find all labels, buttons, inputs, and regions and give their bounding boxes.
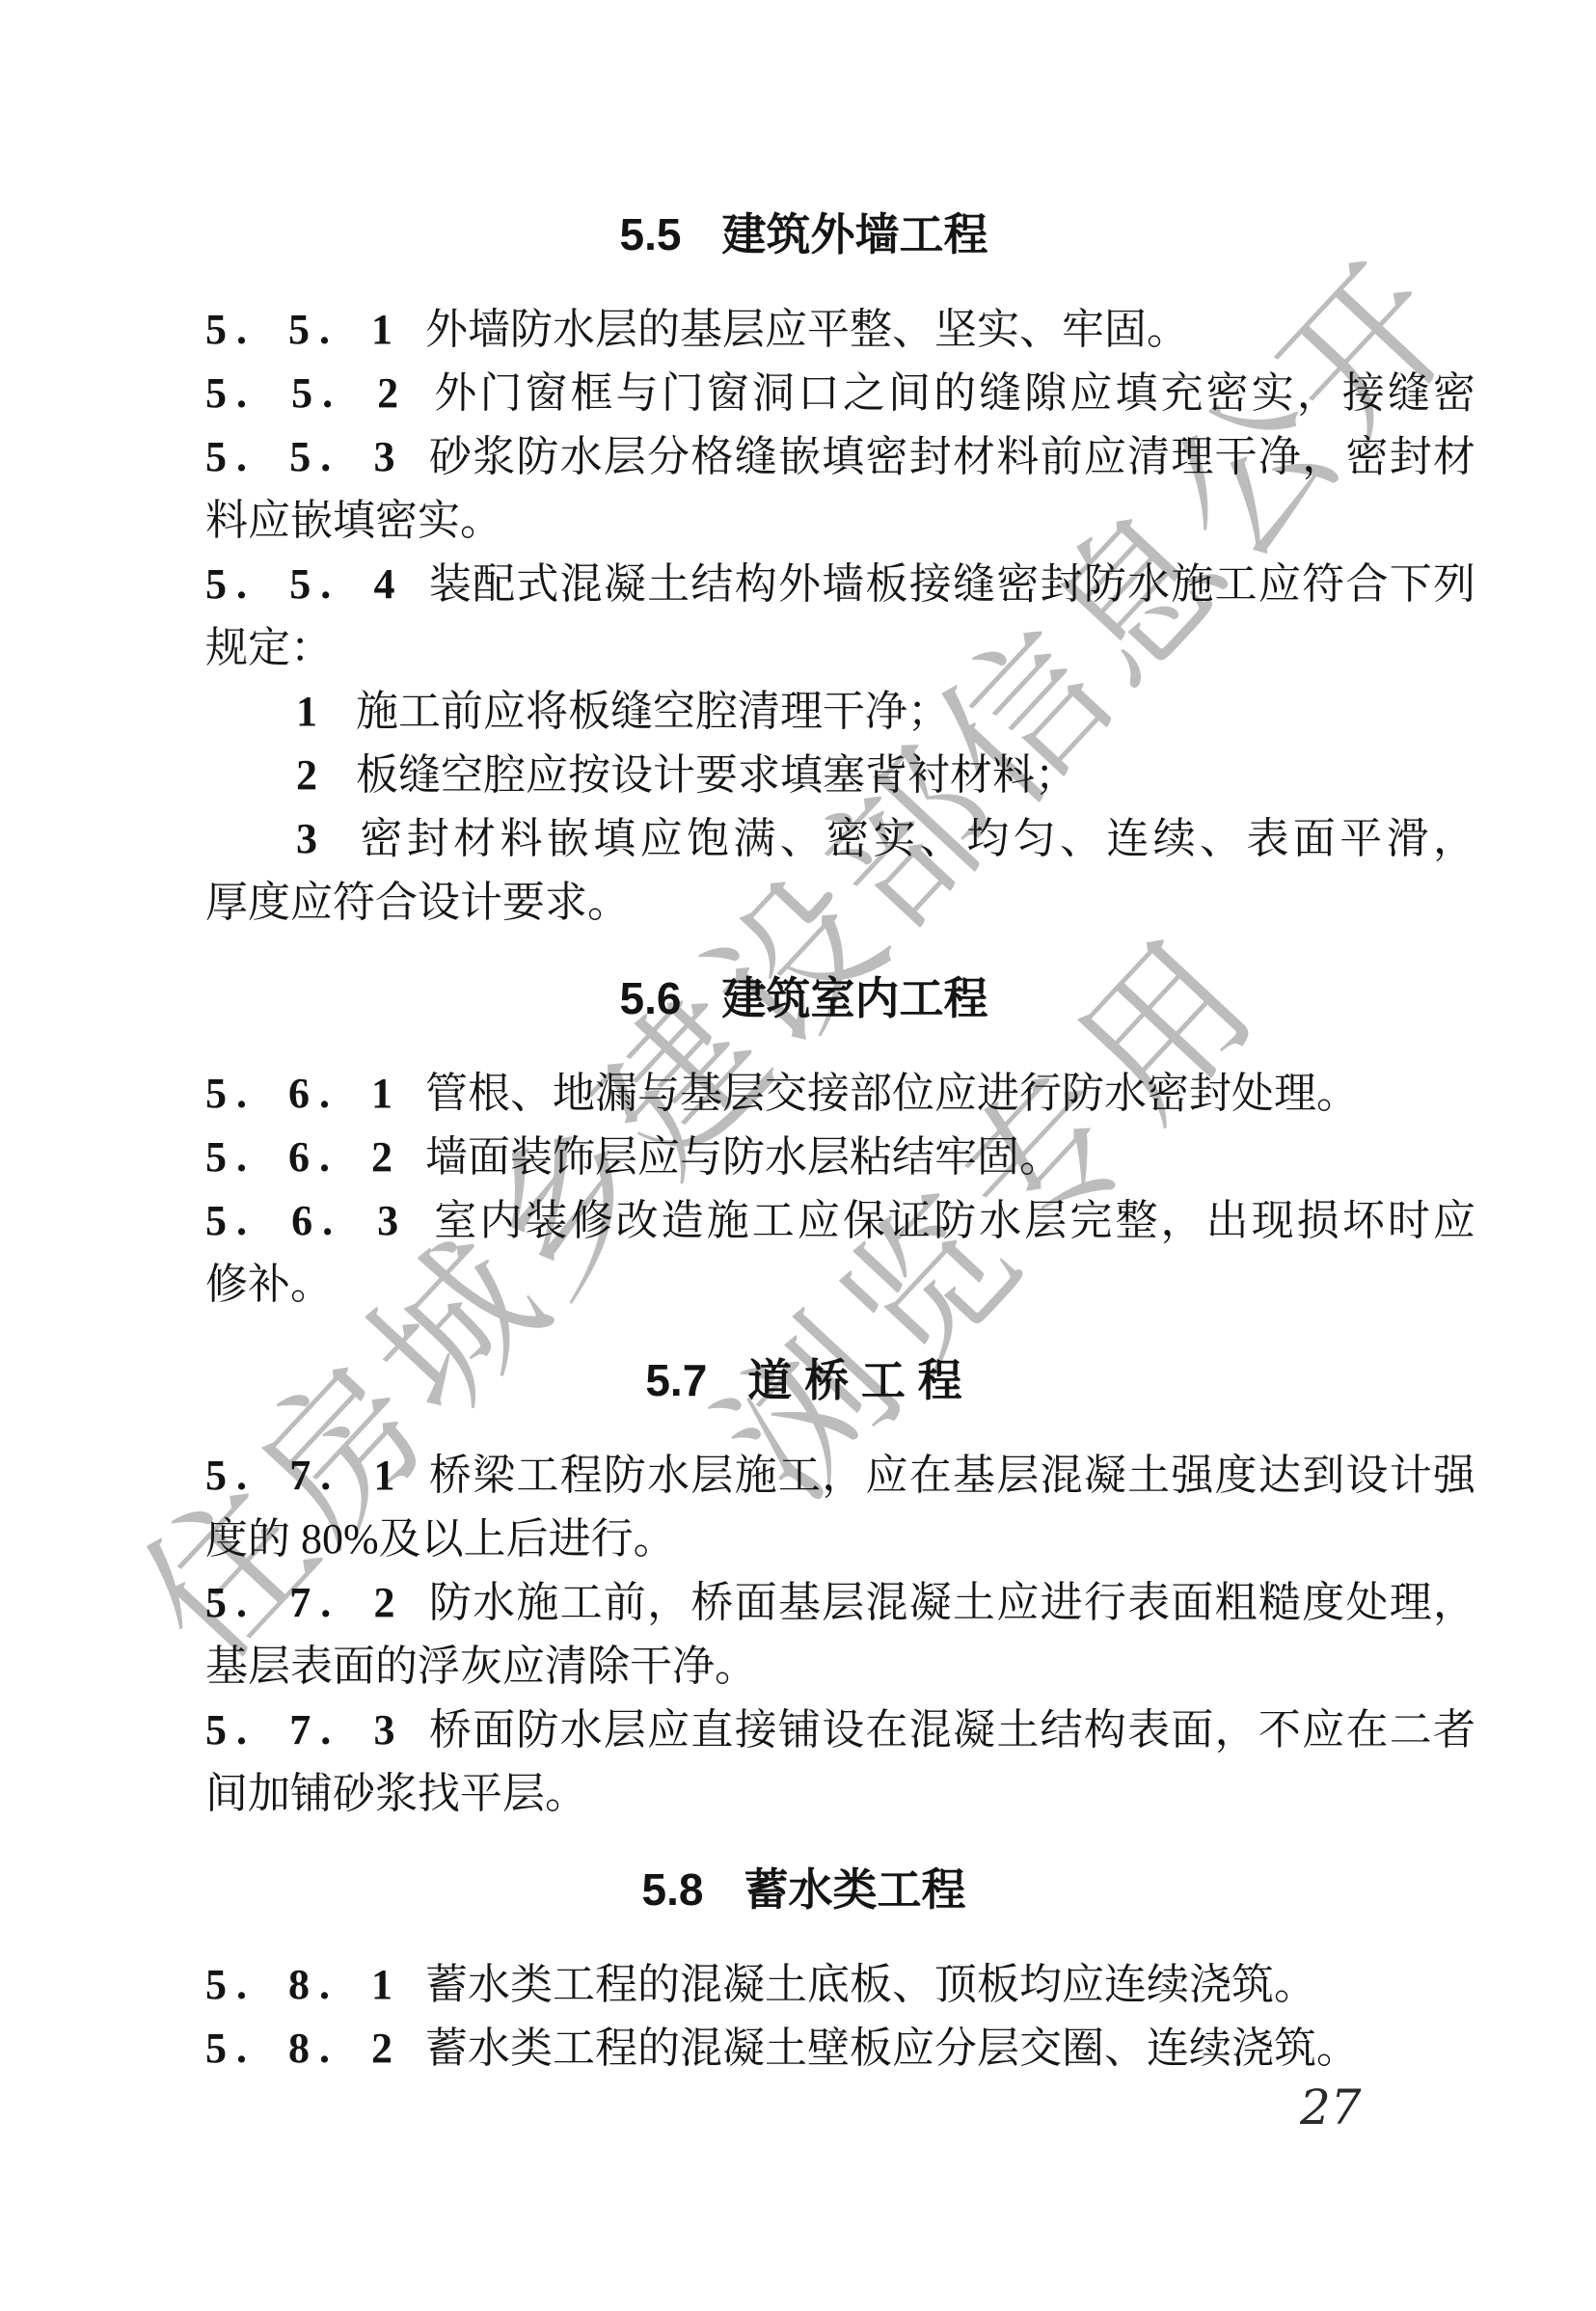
clause-text: 间加铺砂浆找平层。	[205, 1770, 587, 1817]
section-heading-5-8: 5.8蓄水类工程	[169, 1858, 1439, 1921]
clause-text: 管根、地漏与基层交接部位应进行防水密封处理。	[425, 1070, 1359, 1117]
clause-5-6-2: 5. 6. 2墙面装饰层应与防水层粘结牢固。	[205, 1126, 1475, 1189]
clause-5-8-1: 5. 8. 1蓄水类工程的混凝土底板、顶板均应连续浇筑。	[205, 1953, 1475, 2017]
section-heading-number: 5.6	[620, 973, 682, 1023]
subitem-number: 2	[296, 751, 317, 799]
clause-text: 桥面防水层应直接铺设在混凝土结构表面，不应在二者	[428, 1706, 1475, 1754]
subitem-3: 3密封材料嵌填应饱满、密实、均匀、连续、表面平滑，	[205, 807, 1475, 871]
clause-5-7-2-continuation: 基层表面的浮灰应清除干净。	[205, 1635, 1475, 1699]
clause-text: 蓄水类工程的混凝土底板、顶板均应连续浇筑。	[425, 1961, 1316, 2008]
clause-5-6-3-continuation: 修补。	[205, 1253, 1475, 1317]
clause-5-7-1: 5. 7. 1桥梁工程防水层施工，应在基层混凝土强度达到设计强	[205, 1444, 1475, 1508]
clause-number: 5. 6. 3	[205, 1197, 408, 1244]
subitem-text: 板缝空腔应按设计要求填塞背衬材料；	[356, 751, 1077, 799]
clause-number: 5. 7. 2	[205, 1579, 405, 1626]
clause-text: 基层表面的浮灰应清除干净。	[205, 1643, 757, 1690]
subitem-2: 2板缝空腔应按设计要求填塞背衬材料；	[205, 744, 1475, 807]
clause-number: 5. 7. 3	[205, 1706, 405, 1754]
clause-text: 蓄水类工程的混凝土壁板应分层交圈、连续浇筑。	[425, 2025, 1359, 2072]
subitem-3-continuation: 厚度应符合设计要求。	[205, 871, 1475, 935]
clause-text: 外墙防水层的基层应平整、坚实、牢固。	[425, 306, 1189, 353]
clause-text: 度的 80%及以上后进行。	[205, 1515, 676, 1563]
subitem-text: 施工前应将板缝空腔清理干净；	[356, 688, 950, 735]
section-heading-label: 道 桥 工 程	[747, 1355, 961, 1405]
page-content: 5.5建筑外墙工程 5. 5. 1外墙防水层的基层应平整、坚实、牢固。 5. 5…	[205, 0, 1475, 2080]
clause-text: 防水施工前，桥面基层混凝土应进行表面粗糙度处理，	[428, 1579, 1475, 1626]
clause-text: 桥梁工程防水层施工，应在基层混凝土强度达到设计强	[428, 1452, 1475, 1499]
clause-number: 5. 5. 3	[205, 433, 405, 480]
clause-text: 砂浆防水层分格缝嵌填密封材料前应清理干净，密封材	[428, 433, 1475, 480]
clause-5-5-2: 5. 5. 2外门窗框与门窗洞口之间的缝隙应填充密实，接缝密封。	[205, 362, 1475, 425]
clause-text: 室内装修改造施工应保证防水层完整，出现损坏时应	[431, 1197, 1475, 1244]
clause-5-8-2: 5. 8. 2蓄水类工程的混凝土壁板应分层交圈、连续浇筑。	[205, 2017, 1475, 2080]
clause-5-7-1-continuation: 度的 80%及以上后进行。	[205, 1508, 1475, 1571]
clause-number: 5. 6. 2	[205, 1133, 402, 1181]
clause-5-6-3: 5. 6. 3室内装修改造施工应保证防水层完整，出现损坏时应	[205, 1189, 1475, 1253]
section-heading-label: 蓄水类工程	[744, 1864, 965, 1915]
section-heading-number: 5.8	[642, 1864, 704, 1915]
clause-number: 5. 8. 2	[205, 2025, 402, 2072]
section-heading-label: 建筑室内工程	[721, 973, 987, 1023]
clause-number: 5. 5. 2	[205, 369, 408, 417]
clause-5-5-3-continuation: 料应嵌填密实。	[205, 489, 1475, 553]
clause-5-5-3: 5. 5. 3砂浆防水层分格缝嵌填密封材料前应清理干净，密封材	[205, 425, 1475, 489]
subitem-text: 厚度应符合设计要求。	[205, 879, 630, 926]
clause-5-7-2: 5. 7. 2防水施工前，桥面基层混凝土应进行表面粗糙度处理，	[205, 1571, 1475, 1635]
subitem-1: 1施工前应将板缝空腔清理干净；	[205, 680, 1475, 744]
clause-text: 规定：	[205, 624, 333, 671]
clause-5-7-3: 5. 7. 3桥面防水层应直接铺设在混凝土结构表面，不应在二者	[205, 1699, 1475, 1762]
clause-text: 料应嵌填密实。	[205, 497, 502, 544]
clause-number: 5. 7. 1	[205, 1452, 405, 1499]
clause-5-5-4: 5. 5. 4装配式混凝土结构外墙板接缝密封防水施工应符合下列	[205, 553, 1475, 616]
clause-number: 5. 5. 4	[205, 560, 405, 608]
section-heading-number: 5.7	[645, 1355, 707, 1405]
section-heading-5-7: 5.7道 桥 工 程	[169, 1348, 1439, 1412]
subitem-text: 密封材料嵌填应饱满、密实、均匀、连续、表面平滑，	[356, 815, 1475, 862]
clause-text: 装配式混凝土结构外墙板接缝密封防水施工应符合下列	[428, 560, 1475, 608]
clause-number: 5. 8. 1	[205, 1961, 402, 2008]
page-number: 27	[1300, 2080, 1362, 2135]
clause-5-5-4-continuation: 规定：	[205, 616, 1475, 680]
clause-5-6-1: 5. 6. 1管根、地漏与基层交接部位应进行防水密封处理。	[205, 1062, 1475, 1126]
clause-text: 墙面装饰层应与防水层粘结牢固。	[425, 1133, 1062, 1181]
section-heading-number: 5.5	[620, 209, 682, 259]
clause-number: 5. 5. 1	[205, 306, 402, 353]
clause-5-5-1: 5. 5. 1外墙防水层的基层应平整、坚实、牢固。	[205, 298, 1475, 362]
clause-text: 修补。	[205, 1261, 333, 1308]
section-heading-label: 建筑外墙工程	[721, 209, 987, 259]
section-heading-5-6: 5.6建筑室内工程	[169, 966, 1439, 1030]
clause-5-7-3-continuation: 间加铺砂浆找平层。	[205, 1762, 1475, 1826]
document-page: 住房城乡建设部信息公开 浏览专用 5.5建筑外墙工程 5. 5. 1外墙防水层的…	[0, 0, 1596, 2311]
subitem-number: 3	[296, 815, 317, 862]
subitem-number: 1	[296, 688, 317, 735]
section-heading-5-5: 5.5建筑外墙工程	[169, 203, 1439, 266]
clause-number: 5. 6. 1	[205, 1070, 402, 1117]
